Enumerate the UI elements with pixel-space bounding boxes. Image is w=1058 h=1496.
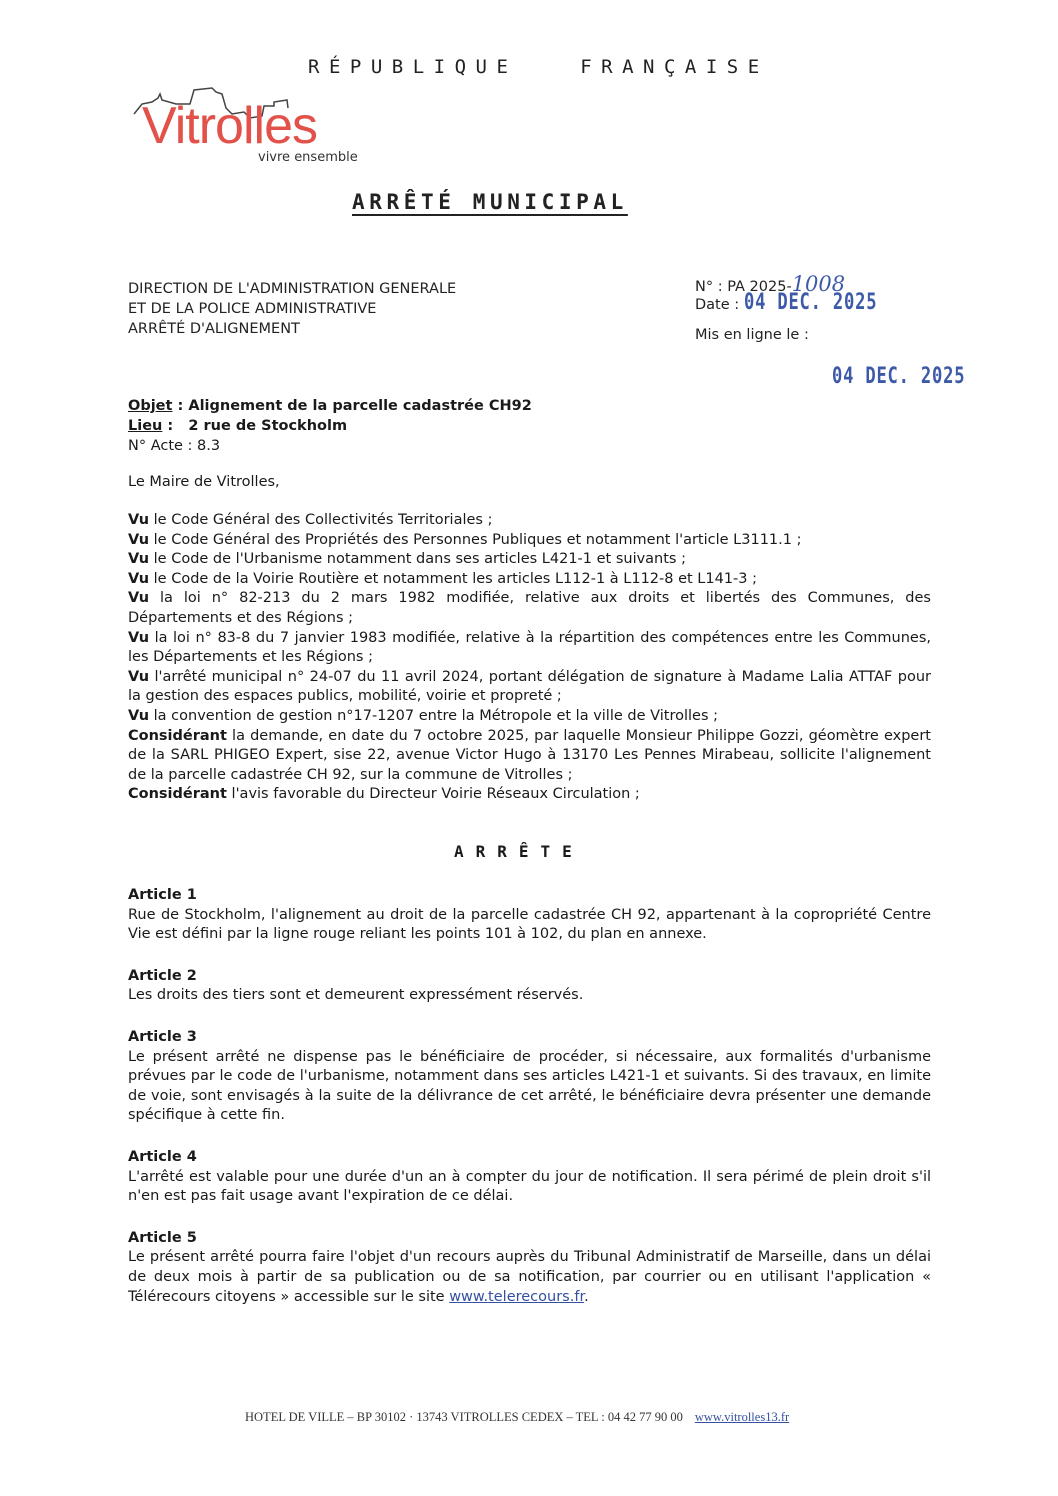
arrete-heading: ARRÊTE	[454, 842, 584, 861]
consideration-keyword: Vu	[128, 532, 149, 548]
consideration-item: Vu l'arrêté municipal n° 24-07 du 11 avr…	[128, 668, 931, 707]
article-text: Le présent arrêté ne dispense pas le bén…	[128, 1048, 931, 1126]
article: Article 5Le présent arrêté pourra faire …	[128, 1229, 931, 1307]
online-label: Mis en ligne le :	[695, 325, 915, 345]
objet-label: Objet	[128, 398, 172, 414]
article: Article 2Les droits des tiers sont et de…	[128, 967, 931, 1006]
consideration-item: Considérant l'avis favorable du Directeu…	[128, 785, 931, 805]
article-title: Article 5	[128, 1229, 931, 1249]
reference-block: N° : PA 2025-1008 Date : 04 DEC. 2025 Mi…	[695, 274, 915, 345]
consideration-keyword: Considérant	[128, 728, 227, 744]
lieu-label: Lieu	[128, 418, 162, 434]
consideration-keyword: Vu	[128, 551, 149, 567]
direction-block: DIRECTION DE L'ADMINISTRATION GENERALE E…	[128, 279, 456, 339]
consideration-item: Vu la convention de gestion n°17-1207 en…	[128, 707, 931, 727]
article-text: Rue de Stockholm, l'alignement au droit …	[128, 906, 931, 945]
consideration-item: Vu le Code de l'Urbanisme notamment dans…	[128, 550, 931, 570]
article-title: Article 2	[128, 967, 931, 987]
consideration-keyword: Vu	[128, 708, 149, 724]
consideration-text: l'avis favorable du Directeur Voirie Rés…	[227, 786, 640, 802]
acte-number: N° Acte : 8.3	[128, 436, 532, 456]
consideration-text: la loi n° 82-213 du 2 mars 1982 modifiée…	[128, 590, 931, 626]
article-title: Article 3	[128, 1028, 931, 1048]
consideration-item: Vu la loi n° 82-213 du 2 mars 1982 modif…	[128, 589, 931, 628]
document-type: ARRÊTÉ D'ALIGNEMENT	[128, 319, 456, 339]
lieu-row: Lieu : 2 rue de Stockholm	[128, 416, 532, 436]
consideration-keyword: Vu	[128, 630, 149, 646]
article: Article 4L'arrêté est valable pour une d…	[128, 1148, 931, 1207]
consideration-keyword: Vu	[128, 571, 149, 587]
article-body: Rue de Stockholm, l'alignement au droit …	[128, 907, 931, 943]
consideration-keyword: Vu	[128, 669, 149, 685]
online-date-stamp: 04 DEC. 2025	[832, 364, 965, 389]
date-stamp: 04 DEC. 2025	[744, 293, 877, 313]
consideration-keyword: Vu	[128, 512, 149, 528]
date-label: Date :	[695, 297, 739, 313]
consideration-keyword: Vu	[128, 590, 149, 606]
consideration-item: Considérant la demande, en date du 7 oct…	[128, 727, 931, 786]
republique-francaise-header: RÉPUBLIQUE FRANÇAISE	[308, 56, 769, 78]
consideration-text: le Code de l'Urbanisme notamment dans se…	[149, 551, 686, 567]
article-body: L'arrêté est valable pour une durée d'un…	[128, 1169, 931, 1205]
subject-block: Objet : Alignement de la parcelle cadast…	[128, 396, 532, 456]
consideration-item: Vu le Code de la Voirie Routière et nota…	[128, 570, 931, 590]
objet-row: Objet : Alignement de la parcelle cadast…	[128, 396, 532, 416]
article-body: Les droits des tiers sont et demeurent e…	[128, 987, 583, 1003]
article-title: Article 1	[128, 886, 931, 906]
consideration-text: l'arrêté municipal n° 24-07 du 11 avril …	[128, 669, 931, 705]
article-text: Les droits des tiers sont et demeurent e…	[128, 986, 931, 1006]
consideration-text: la demande, en date du 7 octobre 2025, p…	[128, 728, 931, 783]
document-title: ARRÊTÉ MUNICIPAL	[352, 190, 628, 214]
consideration-keyword: Considérant	[128, 786, 227, 802]
article: Article 1Rue de Stockholm, l'alignement …	[128, 886, 931, 945]
article-title: Article 4	[128, 1148, 931, 1168]
footer-website-link[interactable]: www.vitrolles13.fr	[695, 1410, 789, 1424]
lieu-value: : 2 rue de Stockholm	[162, 418, 347, 434]
article-text: Le présent arrêté pourra faire l'objet d…	[128, 1248, 931, 1307]
article-text: L'arrêté est valable pour une durée d'un…	[128, 1168, 931, 1207]
telerecours-link[interactable]: www.telerecours.fr	[449, 1289, 584, 1305]
articles-list: Article 1Rue de Stockholm, l'alignement …	[128, 886, 931, 1329]
footer: HOTEL DE VILLE – BP 30102 · 13743 VITROL…	[245, 1410, 789, 1425]
consideration-item: Vu le Code Général des Collectivités Ter…	[128, 511, 931, 531]
vitrolles-logo: Vitrolles vivre ensemble	[132, 84, 392, 174]
consideration-text: le Code de la Voirie Routière et notamme…	[149, 571, 757, 587]
consideration-item: Vu le Code Général des Propriétés des Pe…	[128, 531, 931, 551]
article: Article 3Le présent arrêté ne dispense p…	[128, 1028, 931, 1126]
logo-wordmark: Vitrolles	[142, 100, 317, 152]
maire-line: Le Maire de Vitrolles,	[128, 474, 280, 490]
date-row: Date : 04 DEC. 2025	[695, 293, 915, 315]
considerations-list: Vu le Code Général des Collectivités Ter…	[128, 511, 931, 805]
footer-address: HOTEL DE VILLE – BP 30102 · 13743 VITROL…	[245, 1410, 683, 1424]
article-body: Le présent arrêté ne dispense pas le bén…	[128, 1049, 931, 1124]
objet-value: : Alignement de la parcelle cadastrée CH…	[172, 398, 531, 414]
consideration-text: la convention de gestion n°17-1207 entre…	[149, 708, 718, 724]
consideration-text: le Code Général des Propriétés des Perso…	[149, 532, 801, 548]
online-date-stamp-wrap: 04 DEC. 2025	[832, 364, 1003, 389]
direction-line: DIRECTION DE L'ADMINISTRATION GENERALE	[128, 279, 456, 299]
consideration-item: Vu la loi n° 83-8 du 7 janvier 1983 modi…	[128, 629, 931, 668]
logo-tagline: vivre ensemble	[258, 150, 358, 165]
consideration-text: le Code Général des Collectivités Territ…	[149, 512, 492, 528]
direction-line: ET DE LA POLICE ADMINISTRATIVE	[128, 299, 456, 319]
consideration-text: la loi n° 83-8 du 7 janvier 1983 modifié…	[128, 630, 931, 666]
